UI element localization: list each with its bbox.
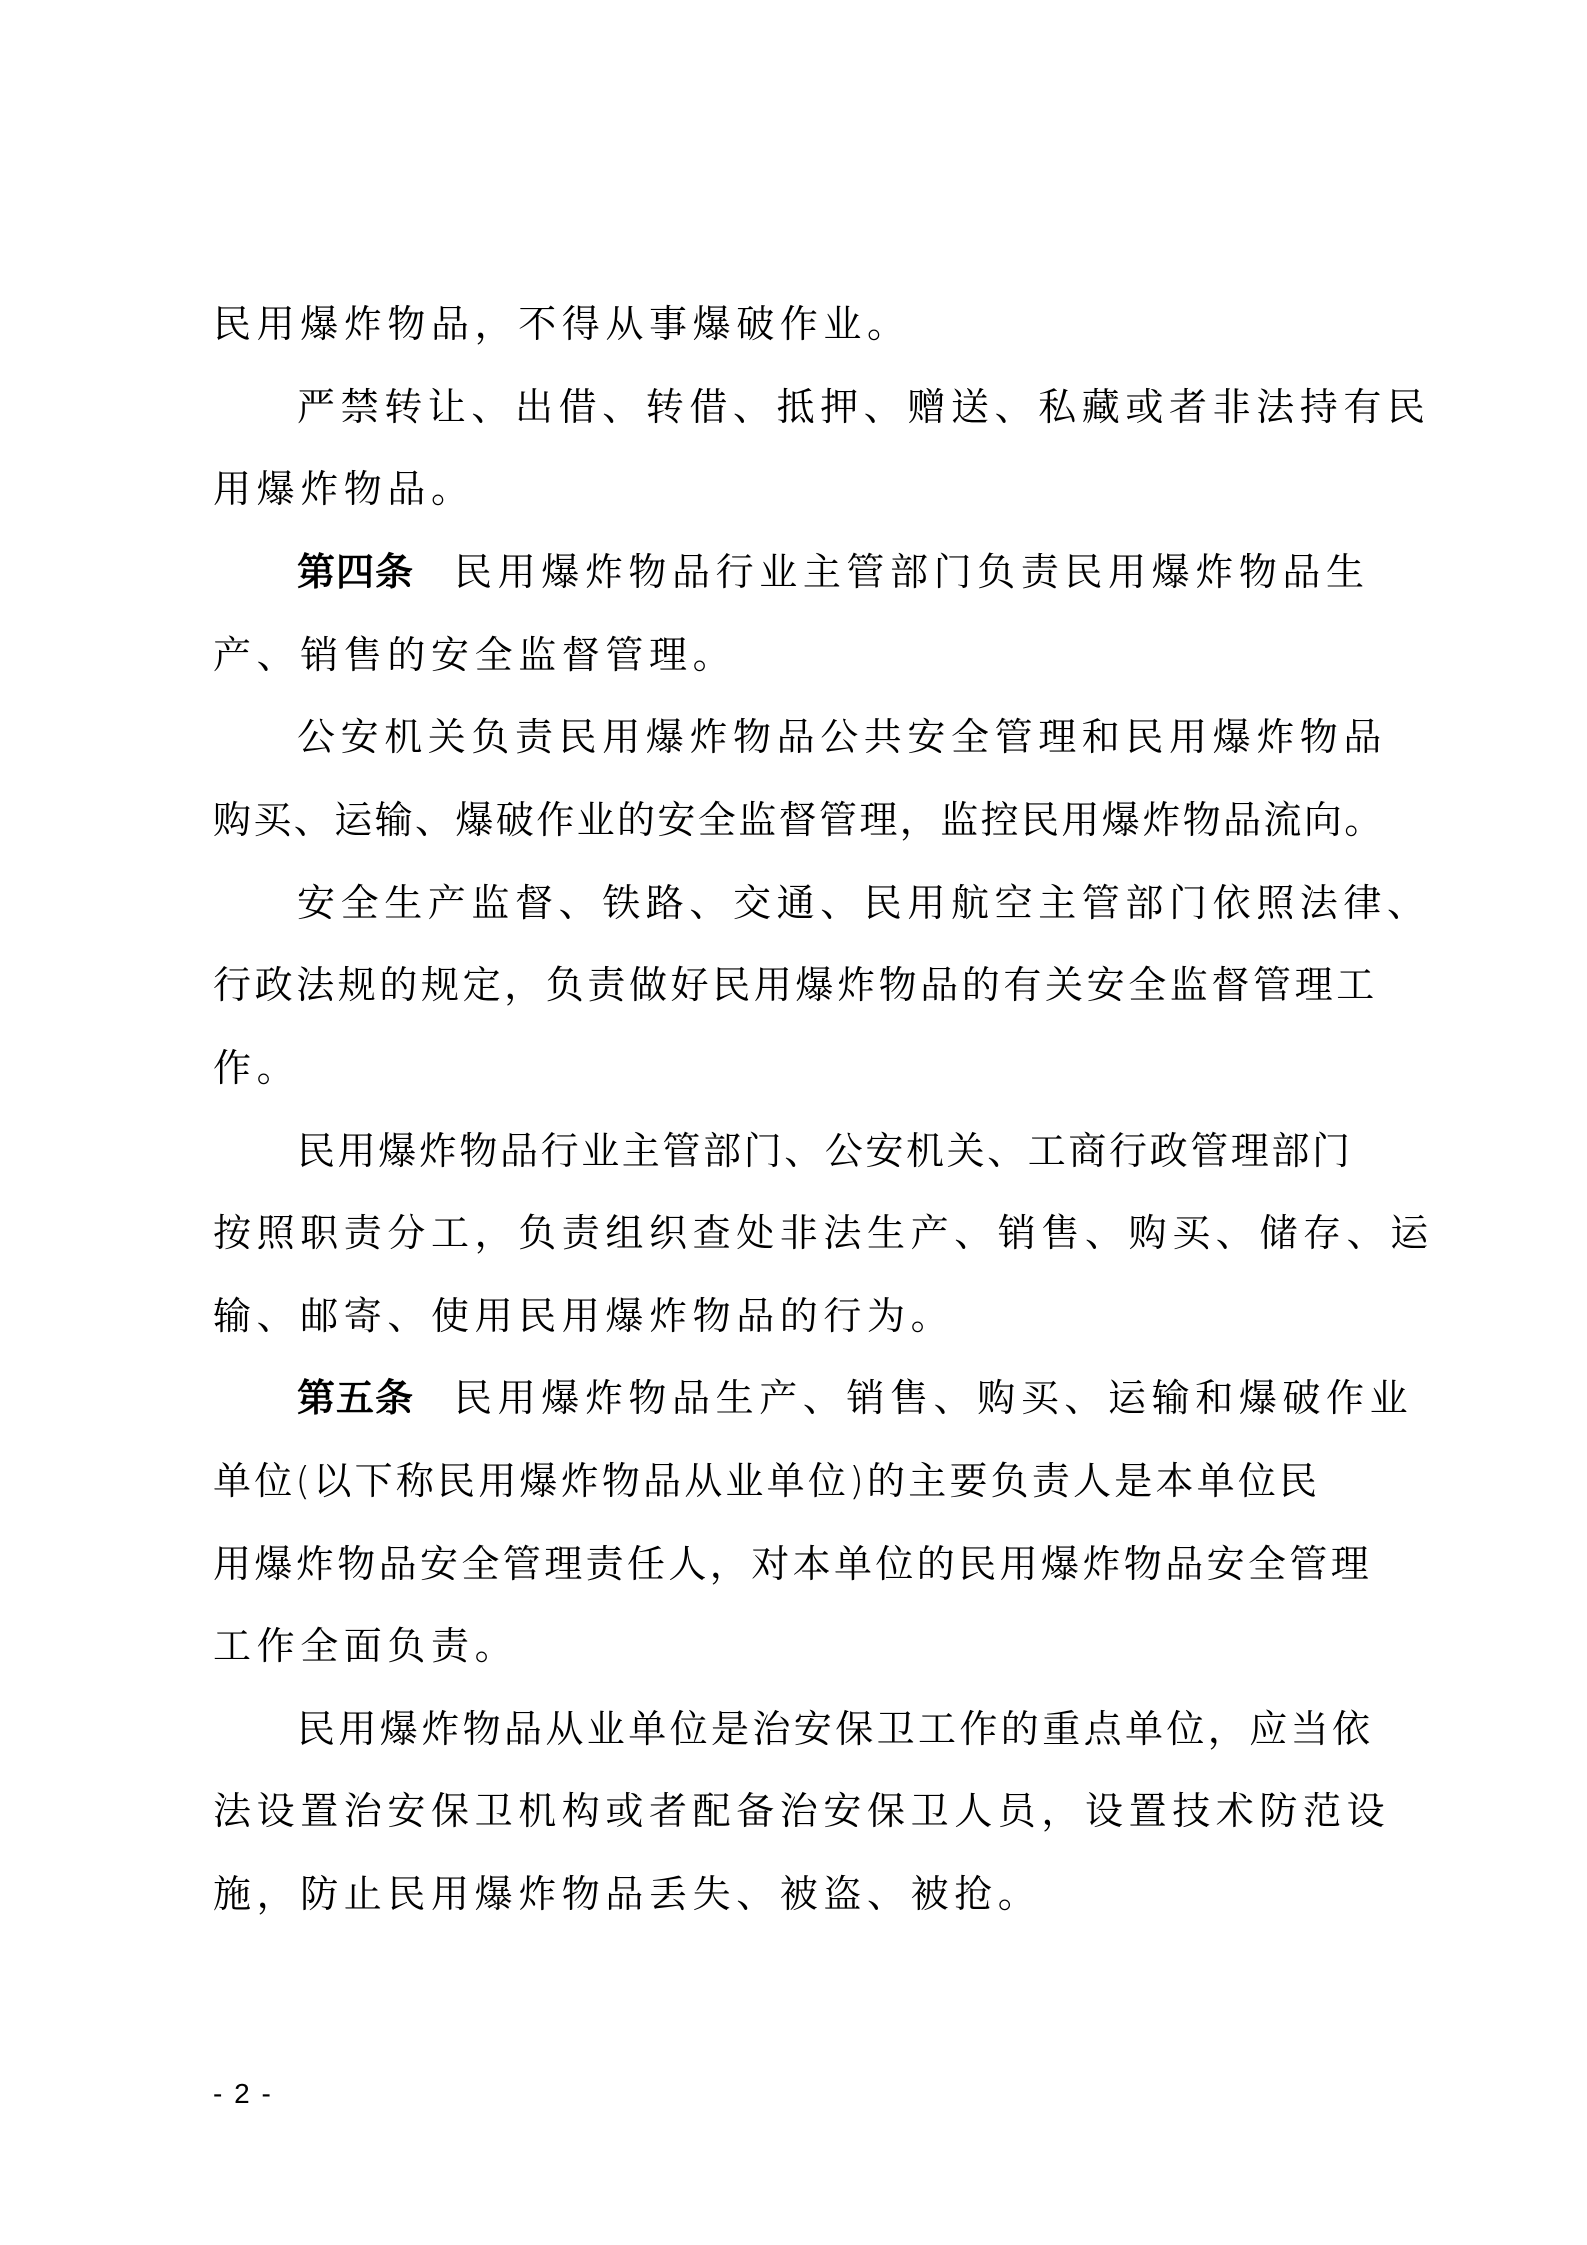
text-line: 安全生产监督、铁路、交通、民用航空主管部门依照法律、 [297, 879, 1431, 927]
article-paragraph-line: 第四条民用爆炸物品行业主管部门负责民用爆炸物品生 [297, 548, 1370, 596]
text-span: 民用爆炸物品行业主管部门负责民用爆炸物品生 [454, 550, 1370, 594]
text-span: 民用爆炸物品生产、销售、购买、运输和爆破作业 [454, 1376, 1413, 1420]
text-line: 民用爆炸物品，不得从事爆破作业。 [213, 300, 911, 348]
text-line: 作。 [213, 1044, 300, 1092]
text-line: 产、销售的安全监督管理。 [213, 631, 736, 679]
text-line: 按照职责分工，负责组织查处非法生产、销售、购买、储存、运 [213, 1209, 1434, 1257]
text-line: 输、邮寄、使用民用爆炸物品的行为。 [213, 1292, 954, 1340]
text-line: 工作全面负责。 [213, 1622, 518, 1670]
text-line: 购买、运输、爆破作业的安全监督管理，监控民用爆炸物品流向。 [213, 796, 1385, 844]
text-line: 用爆炸物品。 [213, 465, 475, 513]
article-heading: 第四条 [297, 550, 414, 594]
page-number: - 2 - [213, 2078, 273, 2110]
article-paragraph-line: 第五条民用爆炸物品生产、销售、购买、运输和爆破作业 [297, 1374, 1413, 1422]
text-line: 公安机关负责民用爆炸物品公共安全管理和民用爆炸物品 [297, 713, 1387, 761]
text-line: 法设置治安保卫机构或者配备治安保卫人员，设置技术防范设 [213, 1787, 1390, 1835]
article-heading: 第五条 [297, 1376, 414, 1420]
text-line: 民用爆炸物品行业主管部门、公安机关、工商行政管理部门 [297, 1127, 1353, 1175]
text-line: 民用爆炸物品从业单位是治安保卫工作的重点单位，应当依 [297, 1705, 1373, 1753]
text-line: 施，防止民用爆炸物品丢失、被盗、被抢。 [213, 1870, 1041, 1918]
text-line: 单位(以下称民用爆炸物品从业单位)的主要负责人是本单位民 [213, 1457, 1320, 1505]
text-line: 用爆炸物品安全管理责任人，对本单位的民用爆炸物品安全管理 [213, 1540, 1372, 1588]
text-line: 行政法规的规定，负责做好民用爆炸物品的有关安全监督管理工 [213, 961, 1378, 1009]
text-line: 严禁转让、出借、转借、抵押、赠送、私藏或者非法持有民 [297, 383, 1431, 431]
